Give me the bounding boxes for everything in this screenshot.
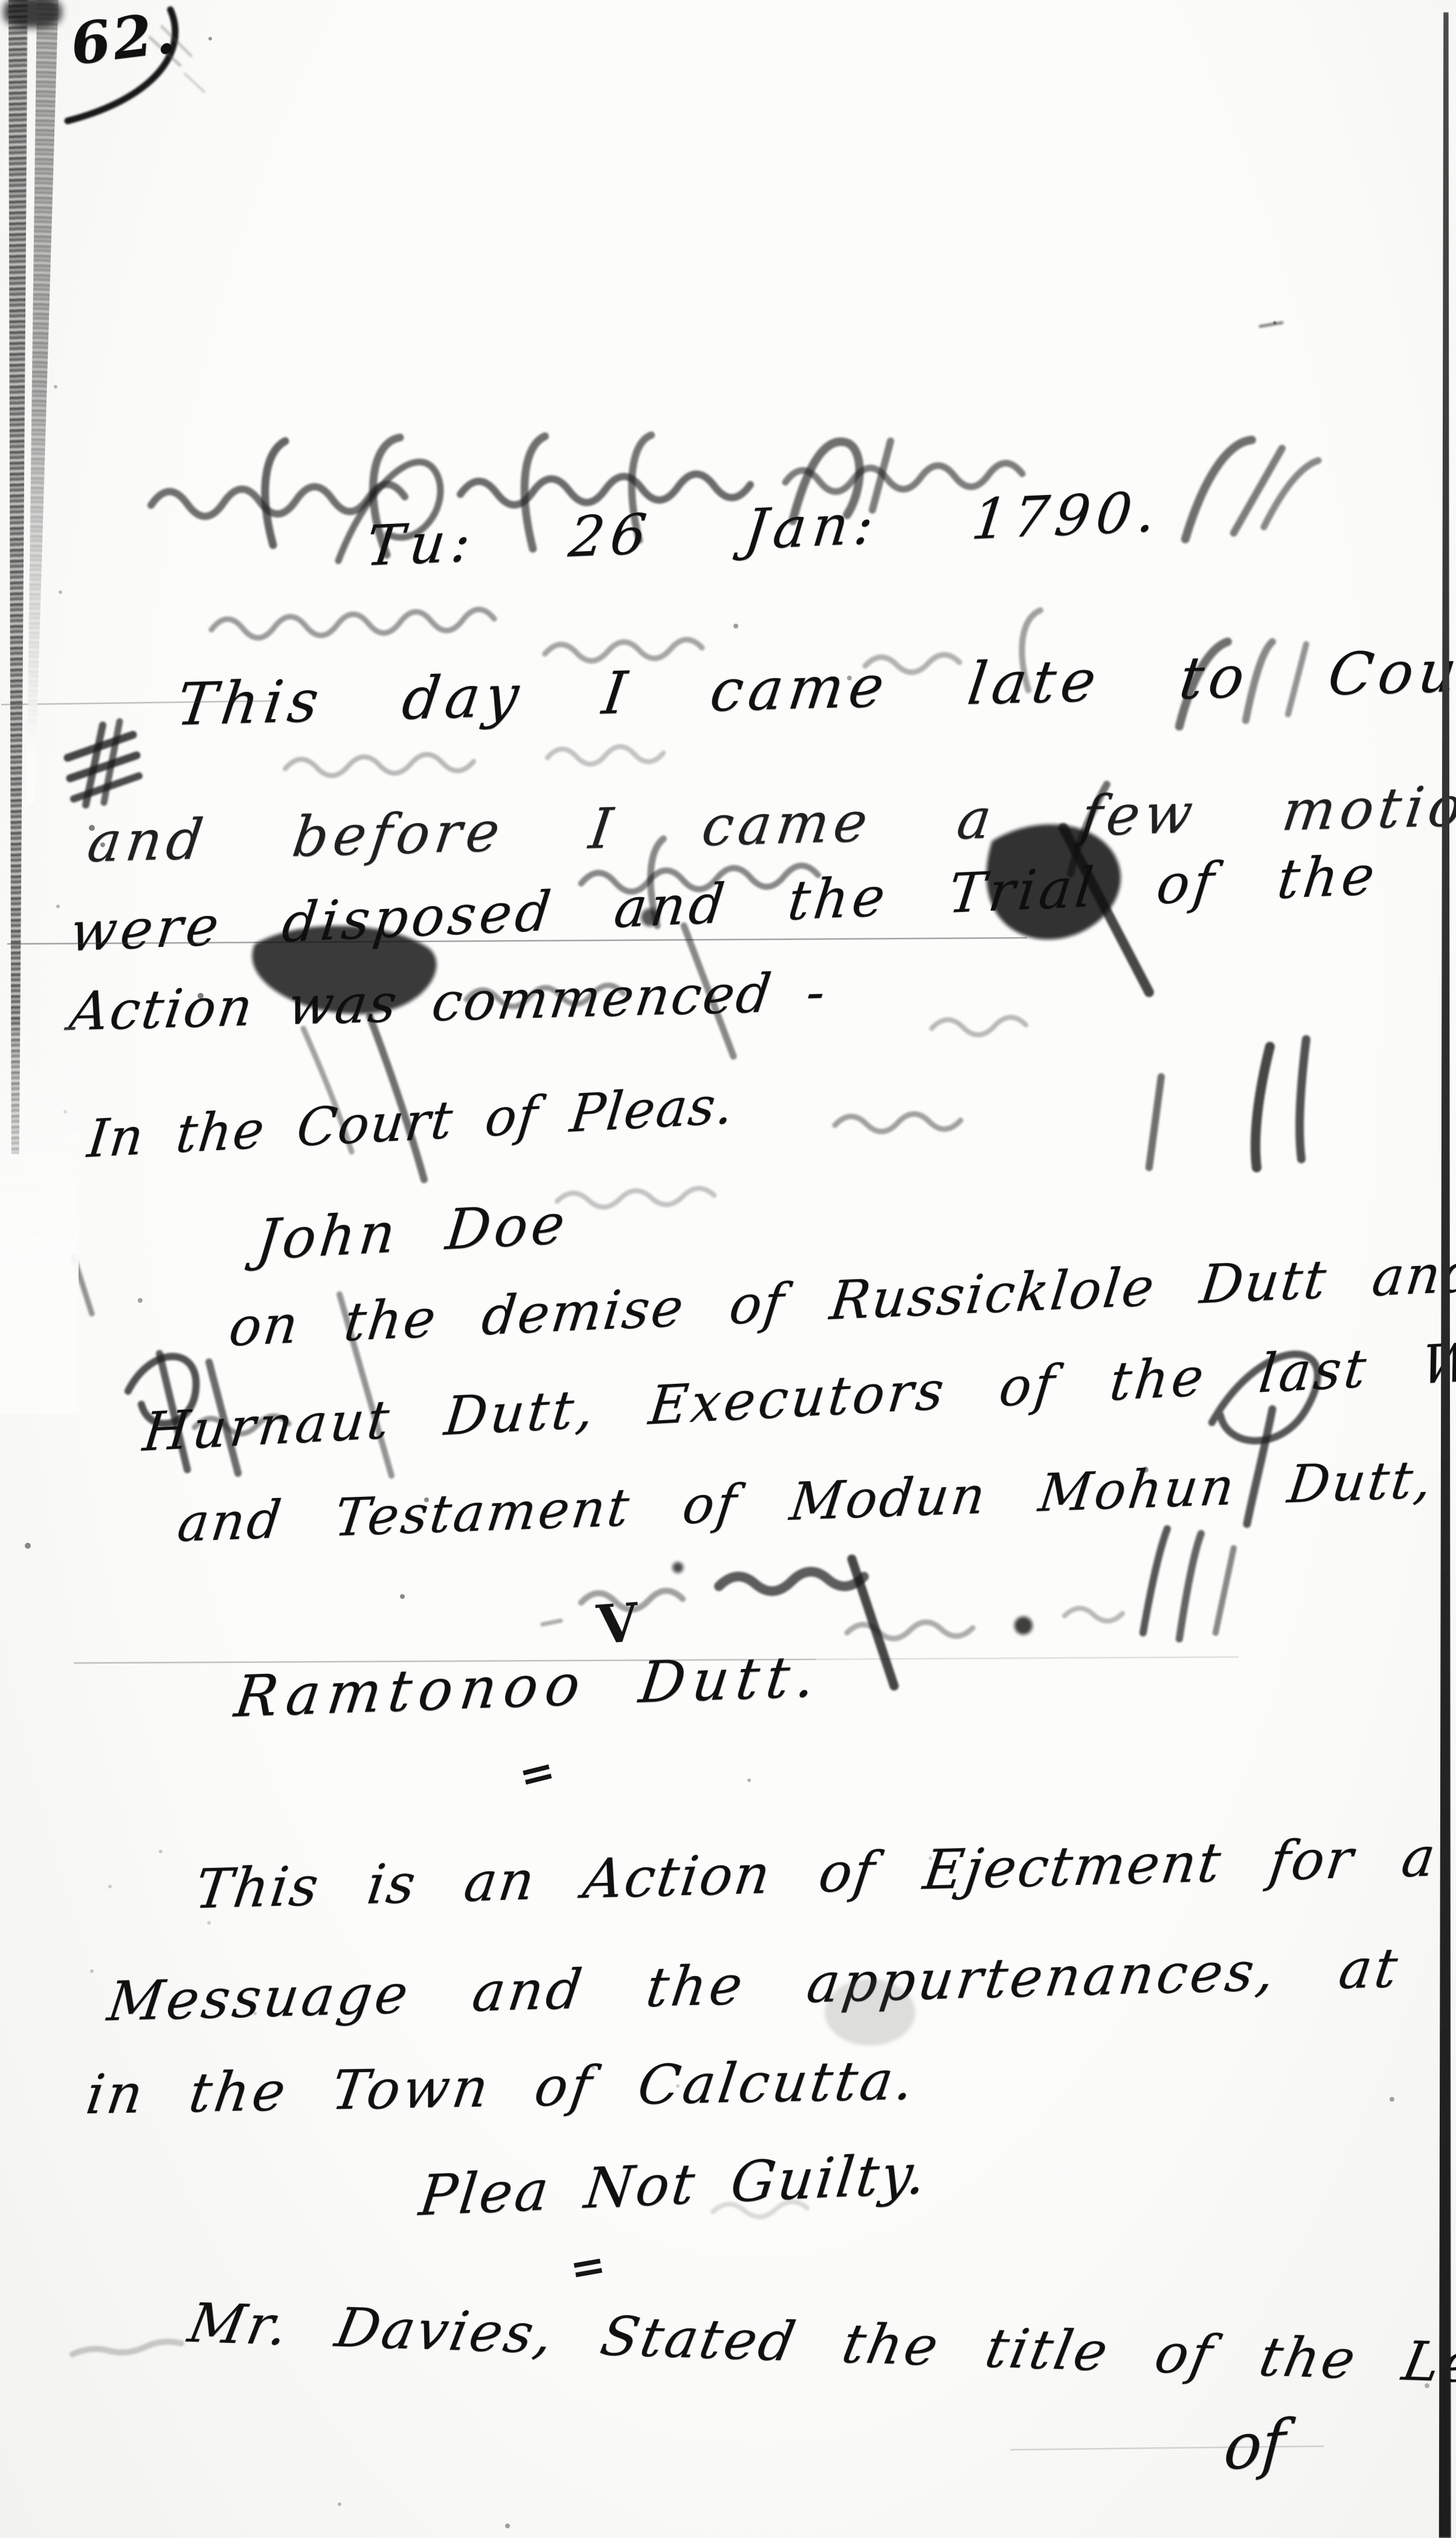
- binding-corner-shadow: [4, 0, 62, 28]
- court-line: In the Court of Pleas.: [85, 1079, 736, 1166]
- versus-mark: V: [595, 1595, 640, 1652]
- entry-line-4: Action was commenced -: [66, 965, 829, 1038]
- plea-line: Plea Not Guilty.: [416, 2146, 930, 2224]
- entry-line-1: This day I came late to Court: [173, 641, 1456, 734]
- counsel-line: Mr. Davies, Stated the title of the Less…: [184, 2296, 1456, 2395]
- folio-number: 62.: [68, 4, 180, 74]
- caption-separator: =: [515, 1749, 559, 1798]
- date-heading: Tu: 26 Jan: 1790.: [363, 484, 1164, 575]
- left-binding-fade: [0, 1027, 79, 1414]
- left-binding-edge: [7, 0, 28, 1154]
- plea-separator: =: [567, 2243, 609, 2291]
- pleadings-line-3: in the Town of Calcutta.: [83, 2053, 920, 2122]
- catchword: of: [1222, 2410, 1287, 2479]
- demise-line-3: and Testament of Modun Mohun Dutt, decea…: [175, 1442, 1456, 1549]
- pleadings-line-2: Messuage and the appurtenances, at Simla…: [105, 1934, 1456, 2029]
- pleadings-line-1: This is an Action of Ejectment for a: [192, 1830, 1440, 1917]
- defendant-line: Ramtonoo Dutt.: [231, 1648, 825, 1726]
- plaintiff-line: John Doe: [254, 1196, 571, 1268]
- manuscript-page: Tu: 26 Jan: 1790. This day I came late t…: [0, 0, 1456, 2538]
- left-binding-edge-secondary: [26, 0, 60, 804]
